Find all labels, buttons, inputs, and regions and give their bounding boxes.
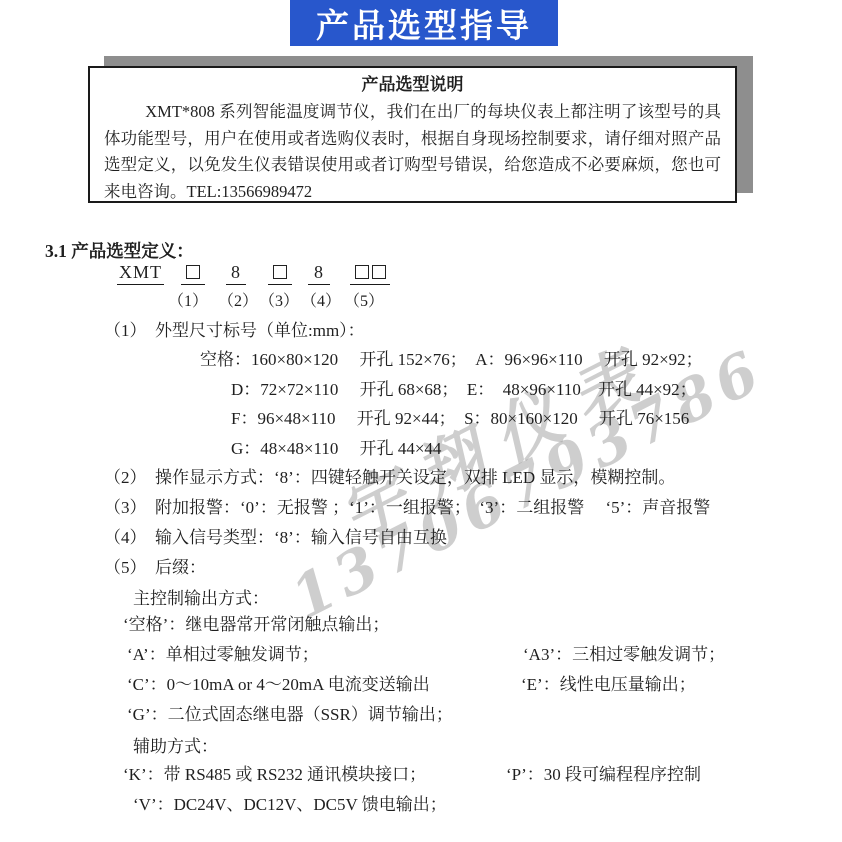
empty-box-icon [372,265,386,279]
doc-line-5: （2） 操作显示方式：‘8’：四键轻触开关设定，双排 LED 显示，模糊控制。 [104,467,675,488]
model-code-label-4: （4） [301,288,341,311]
empty-box-icon [273,265,287,279]
doc-line-6: （3） 附加报警：‘0’：无报警 ；‘1’：一组报警； ‘3’：二组报警 ‘5’… [104,497,710,518]
model-code-label-3: （3） [259,288,299,311]
doc-line-4: G：48×48×110 开孔 44×44 [231,438,441,459]
doc-line-7: （4） 输入信号类型：‘8’：输入信号自由互换 [104,527,447,548]
model-code-prefix: XMT [117,263,164,285]
doc-line-12: ‘A3’：三相过零触发调节； [523,644,725,665]
model-code-label-1: （1） [168,288,208,311]
doc-line-13: ‘C’：0～10mA or 4～20mA 电流变送输出 [127,674,430,695]
model-code-label-5: （5） [344,288,384,311]
doc-line-15: ‘G’：二位式固态继电器（SSR）调节输出； [127,704,453,725]
doc-line-9: 主控制输出方式： [133,588,269,609]
doc-line-1: 空格：160×80×120 开孔 152×76； A：96×96×110 开孔 … [200,349,703,370]
notice-box-title: 产品选型说明 [104,74,721,96]
doc-line-10: ‘空格’：继电器常开常闭触点输出； [123,614,389,635]
notice-box-body: XMT*808 系列智能温度调节仪，我们在出厂的每块仪表上都注明了该型号的具体功… [104,99,721,205]
section-heading: 3.1 产品选型定义： [45,238,194,263]
doc-line-17: ‘K’：带 RS485 或 RS232 通讯模块接口； [123,764,426,785]
model-code-slot4: 8 [308,263,330,285]
model-code-label-2: （2） [218,288,258,311]
doc-line-0: （1） 外型尺寸标号（单位:mm）： [104,320,365,341]
model-code-slot1-box [181,263,205,285]
doc-line-18: ‘P’：30 段可编程程序控制 [506,764,701,785]
doc-line-16: 辅助方式： [133,736,218,757]
empty-box-icon [186,265,200,279]
empty-box-icon [355,265,369,279]
page-title-banner: 产品选型指导 [290,0,558,46]
notice-box: 产品选型说明 XMT*808 系列智能温度调节仪，我们在出厂的每块仪表上都注明了… [88,66,737,203]
model-code-slot2: 8 [226,263,246,285]
page-title: 产品选型指导 [316,0,532,47]
doc-line-19: ‘V’：DC24V、DC12V、DC5V 馈电输出； [133,794,447,815]
doc-line-8: （5） 后缀： [104,557,206,578]
model-code-slot3-box [268,263,292,285]
doc-line-2: D：72×72×110 开孔 68×68； E： 48×96×110 开孔 44… [231,379,697,400]
doc-line-14: ‘E’：线性电压量输出； [521,674,696,695]
doc-line-3: F：96×48×110 开孔 92×44； S：80×160×120 开孔 76… [231,408,689,429]
model-code-slot5-boxes [350,263,390,285]
doc-line-11: ‘A’：单相过零触发调节； [127,644,319,665]
